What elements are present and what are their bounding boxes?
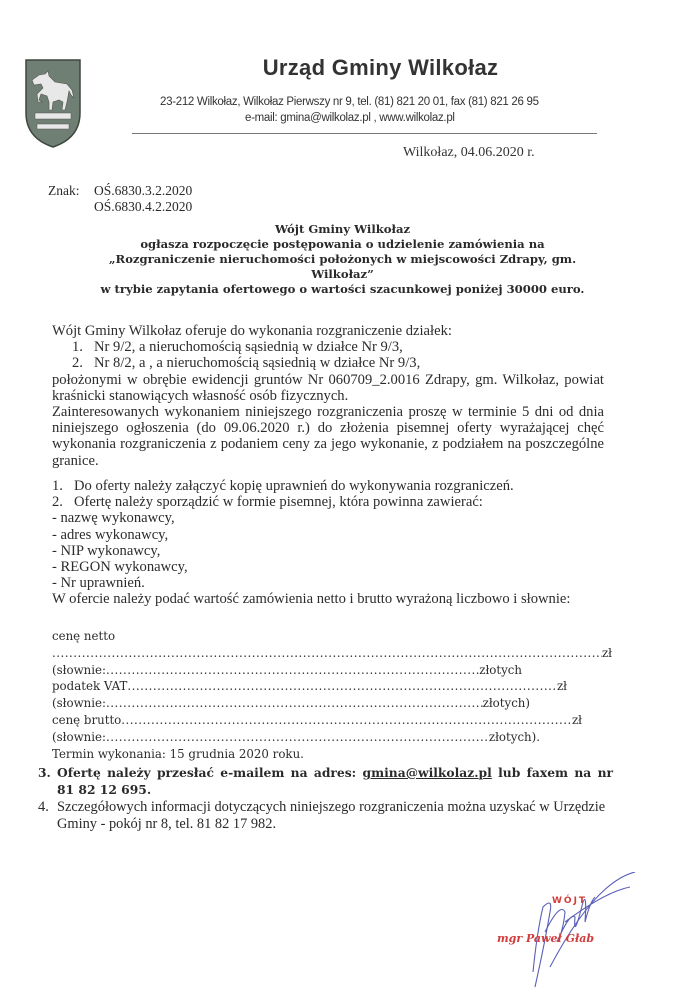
stamp-name: mgr Paweł Głab bbox=[497, 932, 594, 945]
heading-line: „Rozgraniczenie nieruchomości położonych… bbox=[30, 252, 655, 282]
letterhead-divider bbox=[132, 133, 597, 134]
form-row-gross-words[interactable]: (słownie: ..............................… bbox=[52, 729, 540, 746]
list-item: 1.Nr 9/2, a nieruchomością sąsiednią w d… bbox=[52, 339, 604, 355]
list-item: 1.Do oferty należy załączyć kopię uprawn… bbox=[52, 478, 604, 494]
bullet-item: - nazwę wykonawcy, bbox=[52, 510, 604, 526]
price-form: cenę netto .............................… bbox=[52, 628, 612, 762]
bullet-item: - Nr uprawnień. bbox=[52, 575, 604, 591]
office-contact: e-mail: gmina@wilkolaz.pl , www.wilkolaz… bbox=[245, 112, 455, 124]
reference-value: OŚ.6830.3.2.2020 bbox=[94, 183, 192, 198]
deadline: Termin wykonania: 15 grudnia 2020 roku. bbox=[52, 746, 612, 763]
stamp-title: WÓJT bbox=[552, 896, 587, 906]
form-row-gross[interactable]: cenę brutto.............................… bbox=[52, 712, 582, 729]
list-item: 2.Ofertę należy sporządzić w formie pise… bbox=[52, 494, 604, 510]
list-item: 2.Nr 8/2, a , a nieruchomością sąsiednią… bbox=[52, 355, 604, 371]
heading-line: ogłasza rozpoczęcie postępowania o udzie… bbox=[30, 237, 655, 252]
heading-line: w trybie zapytania ofertowego o wartości… bbox=[30, 282, 655, 297]
form-row-vat-words[interactable]: (słownie: ..............................… bbox=[52, 695, 530, 712]
bullet-item: - NIP wykonawcy, bbox=[52, 543, 604, 559]
location-paragraph: położonymi w obrębie ewidencji gruntów N… bbox=[52, 372, 604, 404]
bullet-item: - REGON wykonawcy, bbox=[52, 559, 604, 575]
form-row-net-label: cenę netto bbox=[52, 628, 612, 645]
offer-section: Wójt Gminy Wilkołaz oferuje do wykonania… bbox=[52, 323, 604, 469]
offer-intro: Wójt Gminy Wilkołaz oferuje do wykonania… bbox=[52, 323, 604, 339]
bullet-item: - adres wykonawcy, bbox=[52, 527, 604, 543]
contact-information: 4.Szczegółowych informacji dotyczących n… bbox=[38, 799, 613, 833]
document-date: Wilkołaz, 04.06.2020 r. bbox=[403, 145, 535, 161]
email-link[interactable]: gmina@wilkolaz.pl bbox=[363, 765, 492, 780]
form-row-net-amount[interactable]: ........................................… bbox=[52, 645, 612, 662]
reference-numbers: Znak:OŚ.6830.3.2.2020 OŚ.6830.4.2.2020 bbox=[48, 183, 192, 215]
form-row-net-words[interactable]: (słownie:...............................… bbox=[52, 662, 522, 679]
value-note: W ofercie należy podać wartość zamówieni… bbox=[52, 591, 604, 607]
office-name: Urząd Gminy Wilkołaz bbox=[0, 55, 681, 81]
submission-instructions: 3.Ofertę należy przesłać e-mailem na adr… bbox=[38, 764, 613, 798]
heading-line: Wójt Gminy Wilkołaz bbox=[30, 222, 655, 237]
reference-value: OŚ.6830.4.2.2020 bbox=[48, 199, 192, 215]
requirements-section: 1.Do oferty należy załączyć kopię uprawn… bbox=[52, 478, 604, 608]
announcement-heading: Wójt Gminy Wilkołaz ogłasza rozpoczęcie … bbox=[30, 222, 655, 297]
request-paragraph: Zainteresowanych wykonaniem niniejszego … bbox=[52, 404, 604, 469]
form-row-vat[interactable]: podatek VAT.............................… bbox=[52, 678, 567, 695]
office-address: 23-212 Wilkołaz, Wilkołaz Pierwszy nr 9,… bbox=[160, 96, 539, 108]
reference-label: Znak: bbox=[48, 183, 94, 199]
